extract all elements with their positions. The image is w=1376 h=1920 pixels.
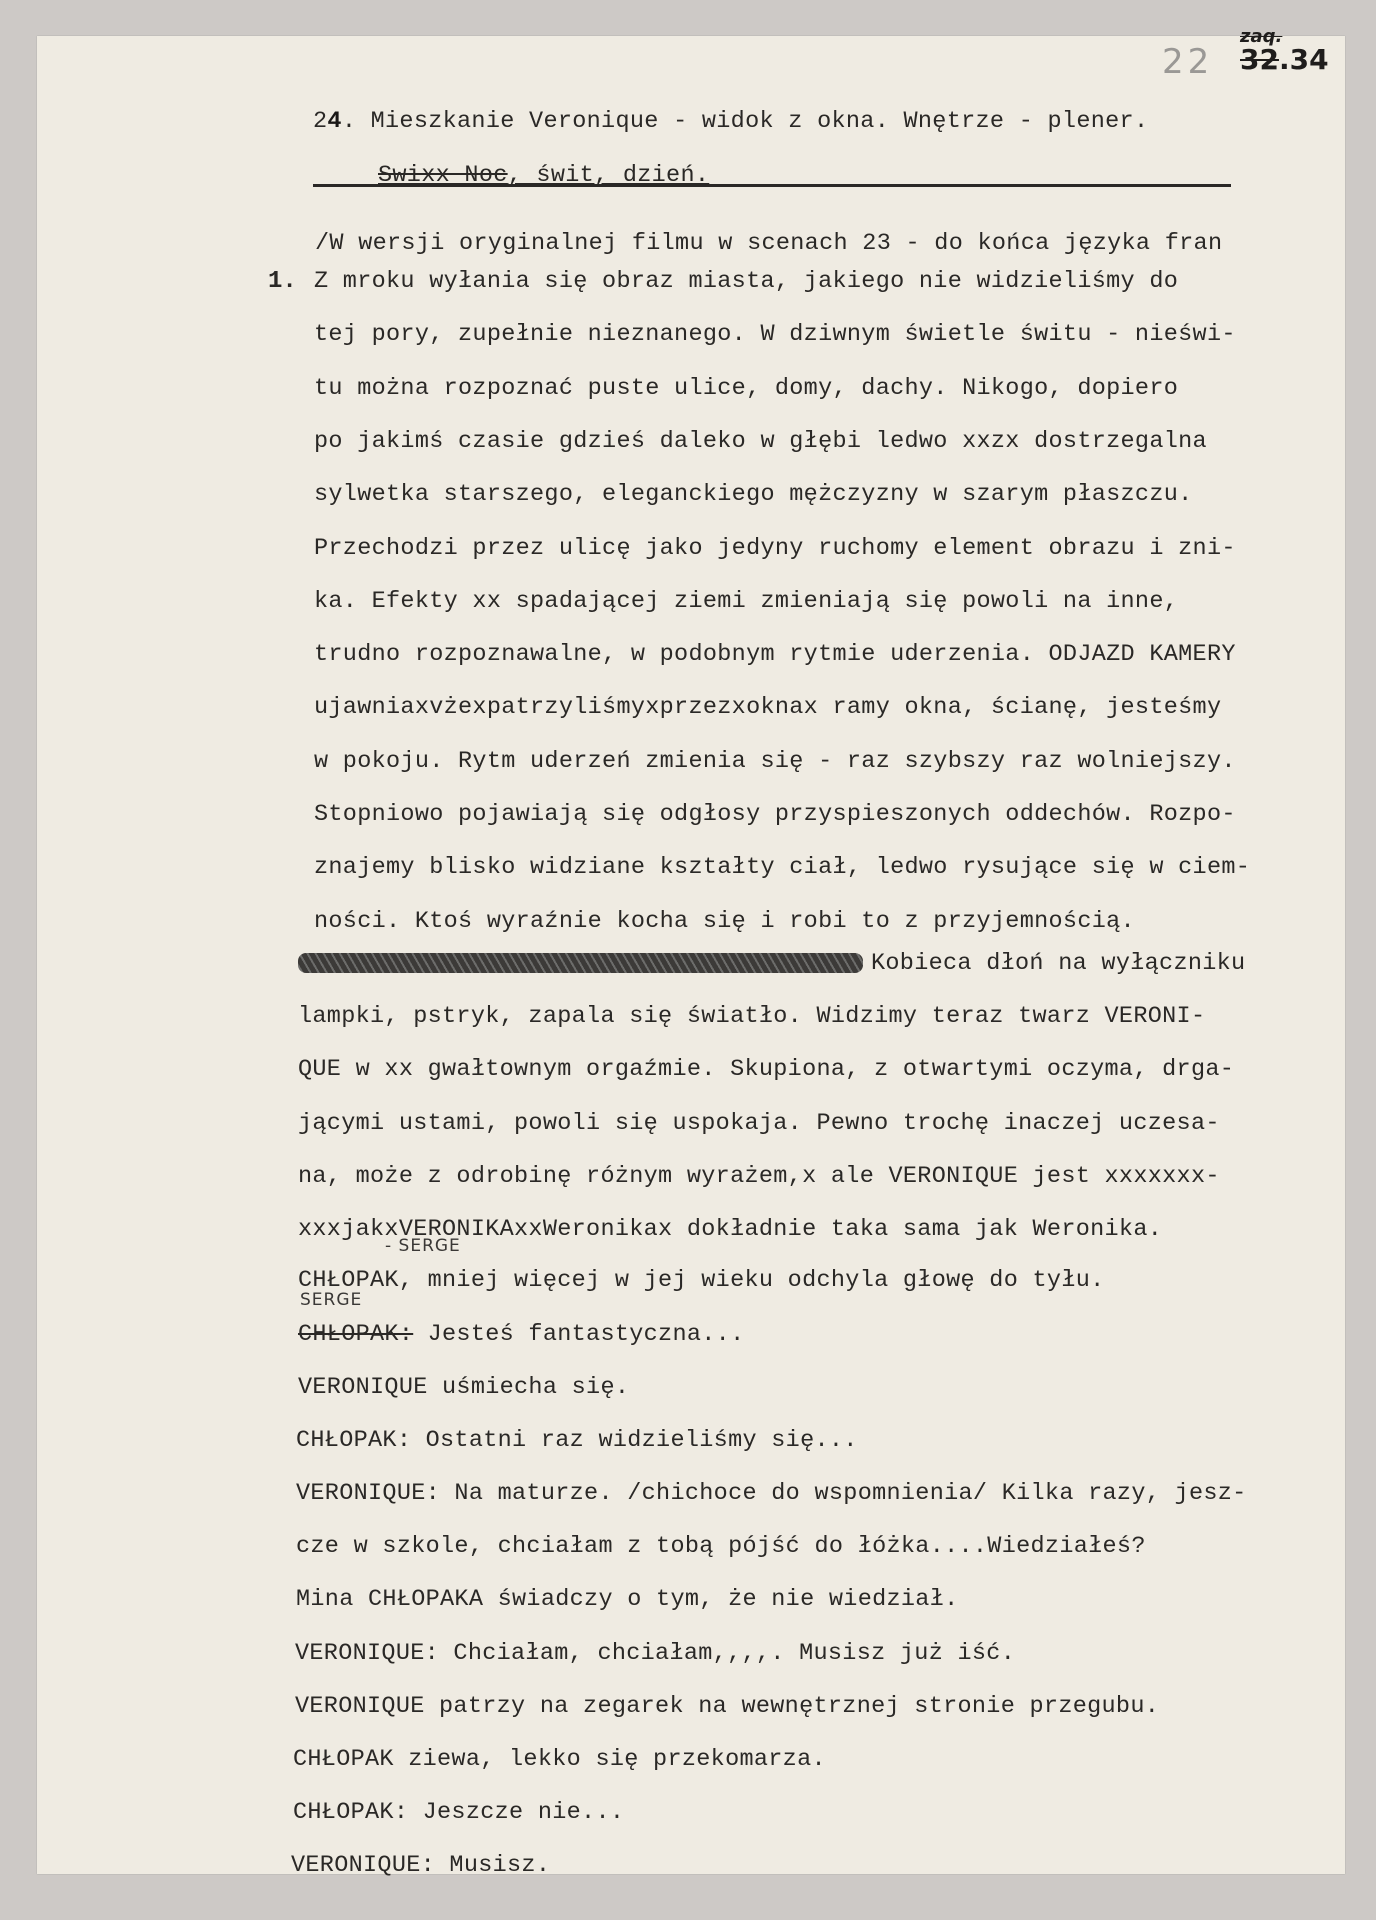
dialogue-line: VERONIQUE uśmiecha się. [298,1374,629,1401]
body-line: ka. Efekty xx spadającej ziemi zmieniają… [314,588,1178,615]
dialogue-line: CHŁOPAK: Ostatni raz widzieliśmy się... [296,1427,858,1454]
body-line: na, może z odrobinę różnym wyrażem,x ale… [298,1163,1220,1190]
handwritten-serge-1: - SERGE [385,1236,461,1256]
body-line: tu można rozpoznać puste ulice, domy, da… [314,375,1178,402]
margin-marker: 1. [268,268,297,295]
dialogue-text: VERONIQUE: Na maturze. /chichoce do wspo… [296,1480,1247,1507]
scribble-out-mark [298,953,863,973]
dialogue-text: VERONIQUE uśmiecha się. [298,1374,629,1401]
body-line: sylwetka starszego, eleganckiego mężczyz… [314,481,1193,508]
dialogue-text: CHŁOPAK ziewa, lekko się przekomarza. [293,1746,826,1773]
dialogue-text: Mina CHŁOPAKA świadczy o tym, że nie wie… [296,1586,959,1613]
body-line: ujawniaxvżexpatrzyliśmyxprzezxoknax ramy… [314,694,1221,721]
body-line: Przechodzi przez ulicę jako jedyny rucho… [314,535,1236,562]
scene-heading-text: . Mieszkanie Veronique - widok z okna. W… [342,108,1149,135]
body-line: w pokoju. Rytm uderzeń zmienia się - raz… [314,748,1236,775]
dialogue-text: VERONIQUE: Musisz. [291,1852,550,1879]
scene-number-overwrite: 4 [327,108,341,135]
dialogue-line: CHŁOPAK, mniej więcej w jej wieku odchyl… [298,1267,1105,1294]
heading-rule [313,184,1231,187]
dialogue-line: VERONIQUE patrzy na zegarek na wewnętrzn… [295,1693,1159,1720]
scene-number: 2 [313,108,327,135]
dialogue-line: CHŁOPAK: Jesteś fantastyczna... [298,1321,744,1348]
pencil-page-number: 22 [1162,42,1213,82]
body-line: ności. Ktoś wyraźnie kocha się i robi to… [314,908,1135,935]
scribbled-line: Kobieca dłoń na wyłączniku [298,950,1245,977]
dialogue-line: CHŁOPAK ziewa, lekko się przekomarza. [293,1746,826,1773]
dialogue-text: Jesteś fantastyczna... [413,1321,744,1348]
body-line: Stopniowo pojawiają się odgłosy przyspie… [314,801,1236,828]
body-line: jącymi ustami, powoli się uspokaja. Pewn… [298,1110,1220,1137]
dialogue-text: CHŁOPAK, mniej więcej w jej wieku odchyl… [298,1267,1105,1294]
scene-heading: 24. Mieszkanie Veronique - widok z okna.… [313,108,1148,135]
crossed-page-number: 32 [1240,43,1279,76]
translation-note: /W wersji oryginalnej filmu w scenach 23… [315,230,1222,257]
dialogue-line: VERONIQUE: Musisz. [291,1852,550,1879]
dialogue-line: VERONIQUE: Chciałam, chciałam,,,,. Musis… [295,1640,1015,1667]
dialogue-text: VERONIQUE patrzy na zegarek na wewnętrzn… [295,1693,1159,1720]
body-line: trudno rozpoznawalne, w podobnym rytmie … [314,641,1236,668]
corrected-page-number: .34 [1279,43,1329,76]
dialogue-text: VERONIQUE: Chciałam, chciałam,,,,. Musis… [295,1640,1015,1667]
dialogue-line: VERONIQUE: Na maturze. /chichoce do wspo… [296,1480,1247,1507]
body-line: lampki, pstryk, zapala się światło. Widz… [298,1003,1205,1030]
body-line: po jakimś czasie gdzieś daleko w głębi l… [314,428,1207,455]
body-line: Z mroku wyłania się obraz miasta, jakieg… [314,268,1178,295]
dialogue-line: cze w szkole, chciałam z tobą pójść do ł… [296,1533,1146,1560]
body-line: tej pory, zupełnie nieznanego. W dziwnym… [314,321,1236,348]
dialogue-text: CHŁOPAK: Jeszcze nie... [293,1799,624,1826]
scribbled-line-text: Kobieca dłoń na wyłączniku [871,950,1245,977]
dialogue-line: Mina CHŁOPAKA świadczy o tym, że nie wie… [296,1586,959,1613]
body-line: znajemy blisko widziane kształty ciał, l… [314,854,1250,881]
ink-page-number: zaq. 32.34 [1240,26,1329,76]
body-line: QUE w xx gwałtownym orgaźmie. Skupiona, … [298,1056,1234,1083]
dialogue-text: CHŁOPAK: Ostatni raz widzieliśmy się... [296,1427,858,1454]
dialogue-text: cze w szkole, chciałam z tobą pójść do ł… [296,1533,1146,1560]
crossed-speaker: CHŁOPAK: [298,1321,413,1348]
dialogue-line: CHŁOPAK: Jeszcze nie... [293,1799,624,1826]
